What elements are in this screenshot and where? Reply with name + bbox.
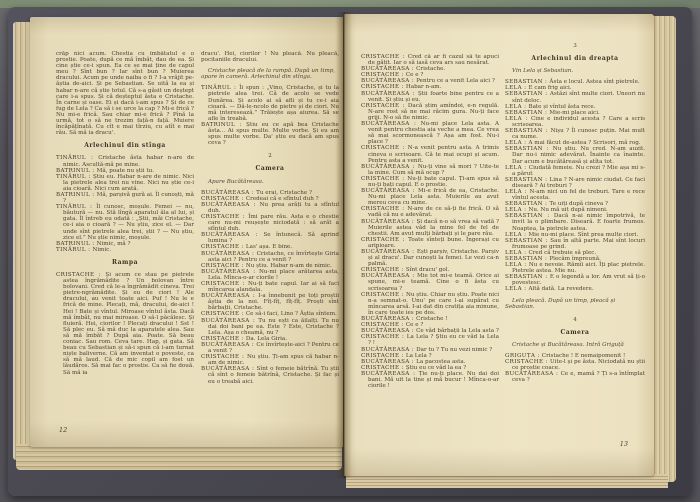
page-edges-bottom-right xyxy=(346,474,668,488)
speaker-name: SEBASTIAN : xyxy=(505,79,549,85)
dialogue-line: SEBASTIAN : E o legendă a lor. Am vrut s… xyxy=(505,274,645,286)
speaker-name: BUCĂTĂREASA : xyxy=(361,121,421,127)
dialogue-line: LELA : Ciudată femeie. Nu crezi ? Mie aș… xyxy=(505,165,645,177)
dialogue-line: CRISTACHE : Nu știu. Chiar nu știu. Poat… xyxy=(361,292,499,316)
scene-heading: Camera xyxy=(505,330,645,336)
dialogue-line: LELA : Nu e nevoie. Rămîi aici. Îți plac… xyxy=(505,262,645,274)
speaker-name: CRISTACHE : xyxy=(361,206,407,212)
page-number-left: 12 xyxy=(59,426,67,434)
speaker-name: SEBASTIAN : xyxy=(505,213,554,219)
dialogue-line: BUCĂTĂREASA : Nu-mi place Lela asta. A v… xyxy=(361,121,499,145)
speaker-name: SEBASTIAN : xyxy=(505,110,549,116)
speaker-name: LELA : xyxy=(505,189,530,195)
dialogue-line: CRISTACHE : Cred că ar fi cazul să te ap… xyxy=(361,54,499,66)
speaker-name: BUCĂTĂREASA : xyxy=(201,202,260,208)
speaker-name: BUCĂTĂREASA : xyxy=(201,318,258,324)
speaker-name: CRISTACHE : xyxy=(201,196,246,202)
speaker-name: LELA : xyxy=(505,104,528,110)
dialogue-line: BUCĂTĂREASA : Ce e, mamă ? Ți s-a întîmp… xyxy=(505,371,645,383)
speaker-name: LELA : xyxy=(505,232,528,238)
speaker-name: BATRINUL : xyxy=(56,168,97,174)
speaker-name: BATRINUL : xyxy=(56,192,97,198)
scene-heading: Arlechinul din stînga xyxy=(56,143,194,149)
speaker-name: SEBASTIAN : xyxy=(505,91,550,97)
dialogue-line: TINĂRUL : Știu eu. Habar n-are de nimic.… xyxy=(56,174,194,192)
scene-number: 4 xyxy=(505,317,645,323)
speaker-name: BUCĂTĂREASA : xyxy=(361,316,416,322)
dialogue-line: LELA : Altă dată. La revedere. xyxy=(505,286,645,292)
speaker-name: CRISTACHE : xyxy=(361,237,408,243)
dialogue-line: TINĂRUL : Nimic. xyxy=(56,247,194,253)
speaker-name: CRISTACHE : xyxy=(201,281,248,287)
stage-direction: Cristache pleacă de la rampă. După un ti… xyxy=(201,68,339,80)
speaker-name: CRISTACHE : xyxy=(201,354,247,360)
speaker-name: CRISTACHE : xyxy=(201,244,246,250)
dialogue-line: TINĂRUL : Cristache ăsta habar n-are de … xyxy=(56,155,194,167)
speaker-name: BUCĂTĂREASA : xyxy=(361,219,416,225)
speaker-name: TINĂRUL : xyxy=(56,204,96,210)
dialogue-line: BUCĂTĂREASA : Se întunecă. Să aprind lum… xyxy=(201,232,339,244)
speaker-name: BUCĂTĂREASA : xyxy=(201,269,259,275)
page-edges-bottom-left xyxy=(16,444,342,470)
dialogue-line: SEBASTIAN : Sau în altă parte. Mai sînt … xyxy=(505,238,645,250)
left-page: crăp nici acum. Chestia cu îmbătatul e o… xyxy=(30,17,343,447)
speaker-name: BUCĂTĂREASA : xyxy=(361,66,416,72)
speaker-name: BUCĂTĂREASA : xyxy=(201,342,256,348)
dialogue-line: BUCĂTĂREASA : Cristache, ce învîrtește G… xyxy=(201,251,339,263)
dialogue-line: CRISTACHE : Nu știu. Ți-am spus că habar… xyxy=(201,354,339,366)
dialogue-line: TINĂRUL : Îi spun : „Vino, Cristache, și… xyxy=(201,85,339,122)
dialogue-line: TINĂRUL : Îl cunosc, moșule. Femei — nu,… xyxy=(56,204,194,241)
dialogue-line: LELA : Cine e individul acesta ? Care a … xyxy=(505,116,645,128)
stage-direction: Cristache și Bucătăreasa. Intră Griguță xyxy=(505,342,645,348)
dialogue-line: BUCĂTĂREASA : Sînt o femeie bătrînă. Tu … xyxy=(201,366,339,384)
scene-heading: Arlechinul din dreapta xyxy=(505,56,645,62)
speaker-name: BUCĂTĂREASA : xyxy=(361,273,417,279)
speaker-name: BUCĂTĂREASA : xyxy=(361,91,418,97)
speaker-name: BUCĂTĂREASA : xyxy=(201,366,257,372)
speaker-name: CRISTACHE : xyxy=(361,103,408,109)
speaker-name: BUCĂTĂREASA : xyxy=(361,347,416,353)
right-page-column-2: 3Arlechinul din dreaptaVin Lela și Sebas… xyxy=(505,36,645,456)
dialogue-line: SEBASTIAN : Nu știu. Nu cred. N-am auzit… xyxy=(505,146,645,164)
dialogue-line: BUCĂTĂREASA : Mie tot mi-e teamă. Orice … xyxy=(361,273,499,291)
speaker-name: CRISTACHE : xyxy=(361,353,406,359)
dialogue-line: BUCĂTĂREASA : Nu-mi place arătarea asta,… xyxy=(201,269,339,281)
speaker-name: LELA : xyxy=(505,262,529,268)
speaker-name: SEBASTIAN : xyxy=(505,146,553,152)
dialogue-line: CRISTACHE : Nu-ți bate capul. Iar ai să … xyxy=(201,281,339,293)
speaker-name: TINĂRUL : xyxy=(56,155,98,161)
speaker-name: BUCĂTĂREASA : xyxy=(361,188,418,194)
dialogue-line: BUCĂTĂREASA : Tu nu ești ca ăilalți. Tu … xyxy=(201,318,339,336)
speaker-name: CRISTACHE : xyxy=(361,365,406,371)
dialogue-line: CRISTACHE : Și acum ce stau pe pietrele … xyxy=(56,272,194,376)
stage-direction: Lela pleacă. După un timp, pleacă și Seb… xyxy=(505,298,645,310)
dialogue-line: BUCĂTĂREASA : Nu prea arăți tu a sfîntul… xyxy=(201,202,339,214)
speaker-name: CRISTACHE : xyxy=(361,292,406,298)
speaker-name: CRISTACHE : xyxy=(201,336,246,342)
dialogue-line: BUCĂTĂREASA : Ce învîrtește-aici ? Pentr… xyxy=(201,342,339,354)
dialogue-line: BATRINUL : Știu eu ce apă bea Cristache … xyxy=(201,122,339,146)
dialogue-line: SEBASTIAN : Astăzi sînt multe ciori. Une… xyxy=(505,91,645,103)
speaker-name: BUCĂTĂREASA : xyxy=(361,249,417,255)
speaker-name: SEBASTIAN : xyxy=(505,274,550,280)
speaker-name: BUCĂTĂREASA : xyxy=(201,293,258,299)
speaker-name: LELA : xyxy=(505,286,528,292)
speaker-name: CRISTACHE : xyxy=(201,214,248,220)
text-paragraph: crăp nici acum. Chestia cu îmbătatul e o… xyxy=(56,51,194,136)
speaker-name: SEBASTIAN : xyxy=(505,128,551,134)
speaker-name: SEBASTIAN : xyxy=(505,177,550,183)
text-paragraph: dracu'. Hei, ciorilor ! Nu pleacă. Nu pl… xyxy=(201,51,339,63)
dialogue-line: BUCĂTĂREASA : Știi foarte bine pentru ce… xyxy=(361,91,499,103)
scene-number: 2 xyxy=(201,153,339,159)
scene-heading: Camera xyxy=(201,166,339,172)
stage-direction: Vin Lela și Sebastian. xyxy=(505,68,645,74)
dialogue-line: CRISTACHE : Îmi pare rău. Asta e o chest… xyxy=(201,214,339,232)
speaker-name: BUCĂTĂREASA : xyxy=(361,371,419,377)
speaker-name: CRISTACHE : xyxy=(505,359,550,365)
speaker-name: BATRINUL : xyxy=(201,122,246,128)
dialogue-line: CRISTACHE : N-a venit pentru asta. A tri… xyxy=(361,145,499,163)
speaker-name: BUCĂTĂREASA : xyxy=(361,78,416,84)
dialogue-line: BUCĂTĂREASA : Ție nu-ți place. Nu dai do… xyxy=(361,371,499,389)
speaker-name: LELA : xyxy=(505,140,528,146)
speaker-name: BUCĂTĂREASA : xyxy=(361,164,418,170)
right-page: CRISTACHE : Cred că ar fi cazul să te ap… xyxy=(344,14,654,476)
dialogue-line: SEBASTIAN : Lina ? N-are nimic ciudat. C… xyxy=(505,177,645,189)
dialogue-line: BUCĂTĂREASA : Mi-e frică de ea, Cristach… xyxy=(361,188,499,206)
dialogue-line: CRISTACHE : Nu-ți bate capul. Ți-am spus… xyxy=(361,176,499,188)
dialogue-line: LELA : N-am nici un fel de treburi. Tare… xyxy=(505,189,645,201)
speaker-name: BUCĂTĂREASA : xyxy=(201,251,257,257)
speaker-name: TINĂRUL : xyxy=(201,85,239,91)
page-edges-right xyxy=(652,16,676,482)
page-number-right: 13 xyxy=(620,440,628,448)
scene-number: 3 xyxy=(505,43,645,49)
speaker-name: BUCĂTĂREASA : xyxy=(361,359,416,365)
speaker-name: CRISTACHE : xyxy=(201,311,246,317)
dialogue-line: BUCĂTĂREASA : Și dacă n-o să vrea să vad… xyxy=(361,219,499,237)
dialogue-line: CRISTACHE : Toate sînteți bune. Îngerași… xyxy=(361,237,499,249)
left-page-column-1: crăp nici acum. Chestia cu îmbătatul e o… xyxy=(56,51,194,443)
speaker-name: BATRINUL : xyxy=(56,241,97,247)
dialogue-line: BATRINUL : Mă, parșivă gură ai. Îl cunoș… xyxy=(56,192,194,204)
speaker-name: CRISTACHE : xyxy=(361,84,406,90)
left-page-column-2: dracu'. Hei, ciorilor ! Nu pleacă. Nu pl… xyxy=(201,51,339,439)
speaker-name: TINĂRUL : xyxy=(56,174,93,180)
dialogue-line: CRISTACHE : Dacă știm amîndoi, e-n regul… xyxy=(361,103,499,121)
speaker-name: CRISTACHE : xyxy=(361,54,408,60)
book-spine-gutter xyxy=(336,12,352,478)
speaker-name: CRISTACHE : xyxy=(56,272,105,278)
dialogue-line: BUCĂTĂREASA : I-a înnebunit pe toți proș… xyxy=(201,293,339,311)
speaker-name: CRISTACHE : xyxy=(361,334,407,340)
scene-heading: Rampa xyxy=(56,260,194,266)
dialogue-line: SEBASTIAN : Nișu ? Îl cunosc puțin. Mai … xyxy=(505,128,645,140)
speaker-name: LELA : xyxy=(505,250,528,256)
dialogue-line: BUCĂTĂREASA : Ești parșiv, Cristache. Pa… xyxy=(361,249,499,267)
speaker-name: BUCĂTĂREASA : xyxy=(201,232,263,238)
right-page-column-1: CRISTACHE : Cred că ar fi cazul să te ap… xyxy=(361,54,499,452)
speaker-name: LELA : xyxy=(505,165,529,171)
speaker-name: CRISTACHE : xyxy=(361,145,408,151)
stage-direction: Apare Bucătăreasa. xyxy=(201,179,339,185)
dialogue-line: CRISTACHE : La Lela ? Știu eu ce văd la … xyxy=(361,334,499,346)
speaker-name: TINĂRUL : xyxy=(56,247,92,253)
dialogue-line: CRISTACHE : Uite-l și pe ăsta. Niciodată… xyxy=(505,359,645,371)
speaker-name: LELA : xyxy=(505,116,531,122)
speaker-name: CRISTACHE : xyxy=(201,263,246,269)
speaker-name: CRISTACHE : xyxy=(361,176,407,182)
speaker-name: BUCĂTĂREASA : xyxy=(505,371,561,377)
dialogue-line: BUCĂTĂREASA : Nu-ți vine să mori ? Uite-… xyxy=(361,164,499,176)
dialogue-line: SEBASTIAN : Dacă n-ai nimic împotrivă, t… xyxy=(505,213,645,231)
dialogue-line: CRISTACHE : N-are de ce să-ți fie frică.… xyxy=(361,206,499,218)
speaker-name: SEBASTIAN : xyxy=(505,238,550,244)
speaker-name: BUCĂTĂREASA : xyxy=(201,190,256,196)
book-photograph: { "colors": { "backdrop": "#57555c", "ba… xyxy=(0,0,700,502)
